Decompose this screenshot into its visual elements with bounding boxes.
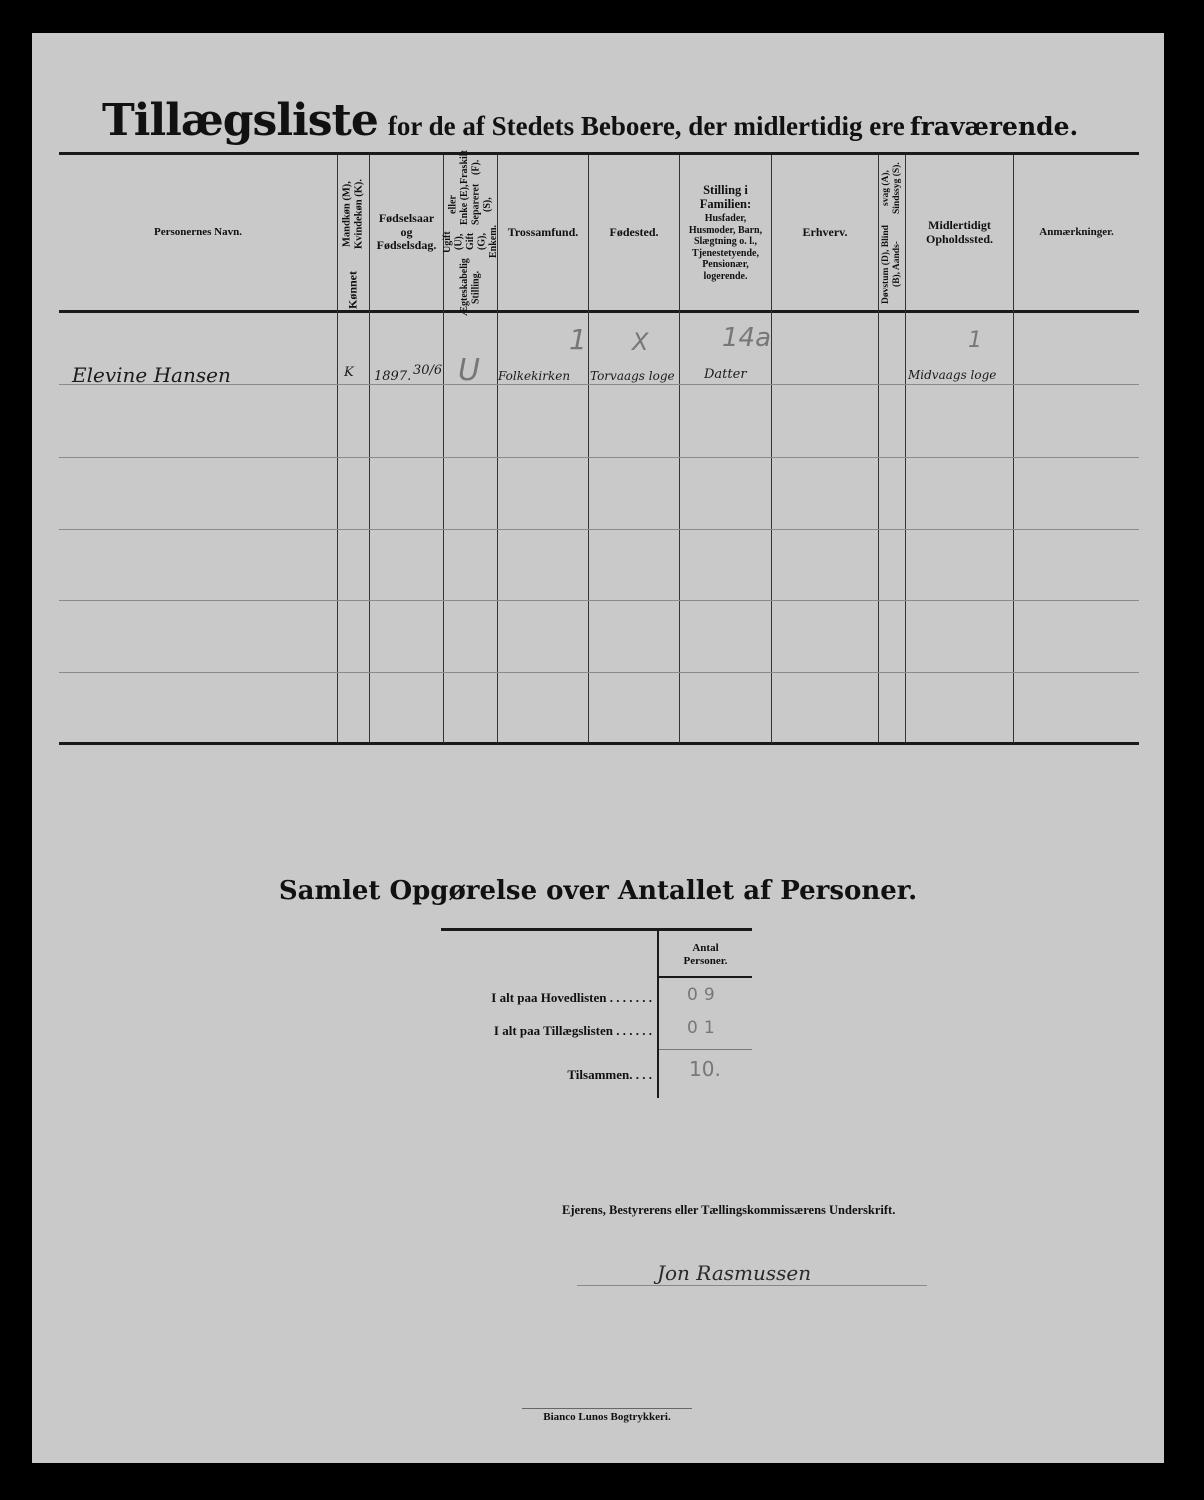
summary-value-main-list: 09 xyxy=(687,985,721,1005)
signature-line xyxy=(577,1285,927,1286)
header-disability: Døvstum (D), Blind (B), Aands- svag (A),… xyxy=(879,157,905,309)
pencil-mark-religion: 1 xyxy=(569,323,587,356)
row-line xyxy=(59,600,1139,601)
cell-name: Elevine Hansen xyxy=(72,363,231,387)
cell-birthplace: Torvaags loge xyxy=(590,369,675,383)
summary-total-rule xyxy=(659,1049,752,1050)
header-bottom-rule xyxy=(59,310,1139,313)
cell-birth-year: 1897. xyxy=(374,369,411,384)
cell-birth-day: 30/6 xyxy=(413,363,442,378)
cell-sex: K xyxy=(344,365,354,380)
title-subtitle: for de af Stedets Beboere, der midlertid… xyxy=(388,111,905,141)
summary-header-rule xyxy=(659,976,752,978)
summary-top-rule xyxy=(441,928,752,931)
header-birth: Fødselsaar og Fødselsdag. xyxy=(370,155,443,310)
header-family-position: Stilling i Familien: Husfader, Husmoder,… xyxy=(680,155,771,310)
header-remarks: Anmærkninger. xyxy=(1014,155,1139,310)
cell-family-position: Datter xyxy=(704,367,747,382)
title-emphasis: fraværende. xyxy=(910,112,1078,141)
title-main: Tillægsliste xyxy=(102,95,378,146)
form-title: Tillægslistefor de af Stedets Beboere, d… xyxy=(102,95,1162,155)
census-form-page: Tillægslistefor de af Stedets Beboere, d… xyxy=(32,33,1164,1463)
pencil-mark-family: 14a xyxy=(722,323,771,353)
header-religion: Trossamfund. xyxy=(498,155,588,310)
printer-rule xyxy=(522,1408,692,1409)
pencil-mark-birthplace: X xyxy=(632,328,648,356)
summary-title: Samlet Opgørelse over Antallet af Person… xyxy=(32,876,1164,906)
header-marital: Ægteskabelig Stilling. Ugift (U), Gift (… xyxy=(444,157,497,309)
summary-label-total: Tilsammen. . . . xyxy=(432,1067,652,1083)
pencil-mark-residence: 1 xyxy=(968,328,982,353)
cell-marital: U xyxy=(458,353,480,388)
summary-label-main-list: I alt paa Hovedlisten . . . . . . . xyxy=(432,990,652,1006)
summary-column-header: Antal Personer. xyxy=(659,936,752,974)
cell-religion: Folkekirken xyxy=(498,369,570,383)
printer-imprint: Bianco Lunos Bogtrykkeri. xyxy=(507,1411,707,1423)
header-sex: Kønnet Mandkøn (M), Kvindekøn (K). xyxy=(338,157,369,309)
row-line xyxy=(59,457,1139,458)
header-temp-residence: Midlertidigt Opholdssted. xyxy=(906,155,1013,310)
signature-label: Ejerens, Bestyrerens eller Tællingskommi… xyxy=(562,1203,895,1218)
cell-temp-residence: Midvaags loge xyxy=(908,368,996,382)
header-birthplace: Fødested. xyxy=(589,155,679,310)
summary-value-total: 10. xyxy=(689,1057,721,1081)
signature-name: Jon Rasmussen xyxy=(657,1261,811,1285)
header-name: Personernes Navn. xyxy=(59,155,337,310)
table-bottom-rule xyxy=(59,742,1139,745)
row-line xyxy=(59,529,1139,530)
summary-label-supplement-list: I alt paa Tillægslisten . . . . . . xyxy=(432,1023,652,1039)
header-occupation: Erhverv. xyxy=(772,155,878,310)
summary-value-supplement-list: 01 xyxy=(687,1018,721,1038)
row-line xyxy=(59,672,1139,673)
